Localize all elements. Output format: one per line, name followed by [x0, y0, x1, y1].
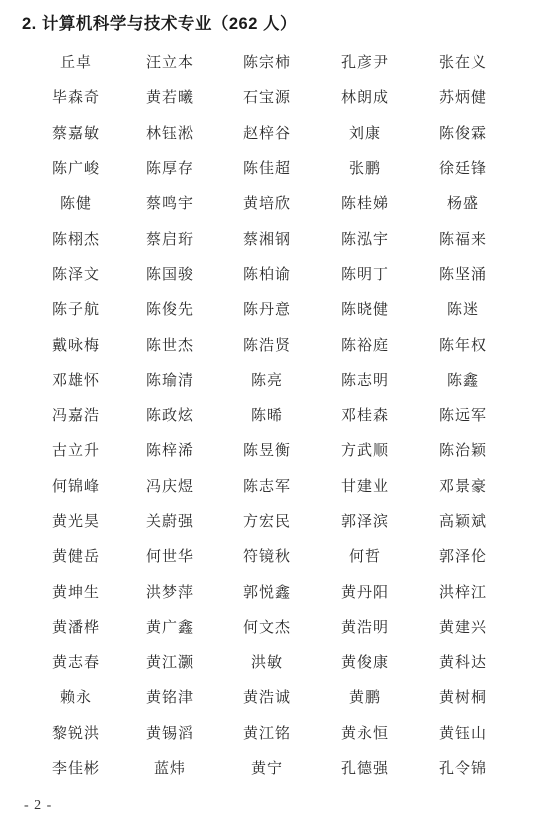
name-row: 毕森奇黄若曦石宝源林朗成苏炳健 [30, 79, 512, 114]
student-name: 何锦峰 [30, 475, 122, 496]
student-name: 黄锡滔 [122, 722, 218, 743]
student-name: 黄潘桦 [30, 616, 122, 637]
student-name: 邓雄怀 [30, 369, 122, 390]
student-name: 陈丹意 [218, 298, 316, 319]
student-name: 何世华 [122, 545, 218, 566]
student-name: 郭泽伦 [414, 545, 512, 566]
student-name: 黄俊康 [316, 651, 414, 672]
student-name: 黄江灏 [122, 651, 218, 672]
name-row: 何锦峰冯庆煜陈志军甘建业邓景豪 [30, 468, 512, 503]
student-name: 洪梓江 [414, 581, 512, 602]
student-name: 洪梦萍 [122, 581, 218, 602]
student-name: 黄江铭 [218, 722, 316, 743]
student-name: 陈政炫 [122, 404, 218, 425]
student-name: 黎锐洪 [30, 722, 122, 743]
student-name: 黄宁 [218, 757, 316, 778]
student-name: 蓝炜 [122, 757, 218, 778]
student-name: 陈梓浠 [122, 439, 218, 460]
student-name: 陈健 [30, 192, 122, 213]
student-name: 陈年权 [414, 334, 512, 355]
student-name: 戴咏梅 [30, 334, 122, 355]
student-name: 黄铭津 [122, 686, 218, 707]
name-row: 蔡嘉敏林钰淞赵梓谷刘康陈俊霖 [30, 115, 512, 150]
name-row: 李佳彬蓝炜黄宁孔德强孔令锦 [30, 750, 512, 785]
student-name: 邓桂森 [316, 404, 414, 425]
student-name: 蔡湘钢 [218, 228, 316, 249]
student-name: 蔡启珩 [122, 228, 218, 249]
student-name: 方武顺 [316, 439, 414, 460]
name-row: 黎锐洪黄锡滔黄江铭黄永恒黄钰山 [30, 715, 512, 750]
student-name: 蔡嘉敏 [30, 122, 122, 143]
student-name: 黄健岳 [30, 545, 122, 566]
student-name: 陈广峻 [30, 157, 122, 178]
student-name: 陈俊先 [122, 298, 218, 319]
student-name: 郭悦鑫 [218, 581, 316, 602]
student-name: 丘卓 [30, 51, 122, 72]
student-name: 邓景豪 [414, 475, 512, 496]
student-name: 陈浩贤 [218, 334, 316, 355]
student-name: 黄志春 [30, 651, 122, 672]
student-name: 陈远军 [414, 404, 512, 425]
student-name: 关蔚强 [122, 510, 218, 531]
student-name: 黄树桐 [414, 686, 512, 707]
student-name: 毕森奇 [30, 86, 122, 107]
student-name: 黄丹阳 [316, 581, 414, 602]
name-row: 古立升陈梓浠陈昱衡方武顺陈治颖 [30, 432, 512, 467]
student-name: 黄广鑫 [122, 616, 218, 637]
student-name: 陈福来 [414, 228, 512, 249]
name-row: 丘卓汪立本陈宗柿孔彦尹张在义 [30, 44, 512, 79]
student-name: 甘建业 [316, 475, 414, 496]
student-name: 李佳彬 [30, 757, 122, 778]
student-name: 陈厚存 [122, 157, 218, 178]
student-name: 陈国骏 [122, 263, 218, 284]
student-name: 徐廷锋 [414, 157, 512, 178]
student-name: 石宝源 [218, 86, 316, 107]
student-name: 陈佳超 [218, 157, 316, 178]
student-name: 冯嘉浩 [30, 404, 122, 425]
student-name: 杨盛 [414, 192, 512, 213]
name-row: 邓雄怀陈瑜清陈亮陈志明陈鑫 [30, 362, 512, 397]
page-number: - 2 - [24, 798, 52, 814]
student-name: 陈世杰 [122, 334, 218, 355]
student-name: 陈坚涌 [414, 263, 512, 284]
name-row: 冯嘉浩陈政炫陈晞邓桂森陈远军 [30, 397, 512, 432]
student-name: 何哲 [316, 545, 414, 566]
student-name: 陈晞 [218, 404, 316, 425]
student-name: 陈裕庭 [316, 334, 414, 355]
student-name: 黄建兴 [414, 616, 512, 637]
student-name: 陈晓健 [316, 298, 414, 319]
name-row: 赖永黄铭津黄浩诚黄鹏黄树桐 [30, 679, 512, 714]
student-name: 蔡鸣宇 [122, 192, 218, 213]
student-name-grid: 丘卓汪立本陈宗柿孔彦尹张在义毕森奇黄若曦石宝源林朗成苏炳健蔡嘉敏林钰淞赵梓谷刘康… [30, 44, 512, 785]
student-name: 黄培欣 [218, 192, 316, 213]
name-row: 陈泽文陈国骏陈柏谕陈明丁陈坚涌 [30, 256, 512, 291]
name-row: 戴咏梅陈世杰陈浩贤陈裕庭陈年权 [30, 326, 512, 361]
name-row: 黄健岳何世华符镜秋何哲郭泽伦 [30, 538, 512, 573]
student-name: 冯庆煜 [122, 475, 218, 496]
student-name: 郭泽滨 [316, 510, 414, 531]
student-name: 孔彦尹 [316, 51, 414, 72]
name-row: 黄坤生洪梦萍郭悦鑫黄丹阳洪梓江 [30, 573, 512, 608]
student-name: 张鹏 [316, 157, 414, 178]
student-name: 方宏民 [218, 510, 316, 531]
student-name: 孔德强 [316, 757, 414, 778]
student-name: 陈子航 [30, 298, 122, 319]
section-title: 2. 计算机科学与技术专业（262 人） [22, 10, 297, 34]
student-name: 陈俊霖 [414, 122, 512, 143]
student-name: 陈亮 [218, 369, 316, 390]
student-name: 陈瑜清 [122, 369, 218, 390]
student-name: 陈志军 [218, 475, 316, 496]
student-name: 汪立本 [122, 51, 218, 72]
student-name: 洪敏 [218, 651, 316, 672]
name-row: 黄志春黄江灏洪敏黄俊康黄科达 [30, 644, 512, 679]
name-row: 黄潘桦黄广鑫何文杰黄浩明黄建兴 [30, 609, 512, 644]
student-name: 陈泽文 [30, 263, 122, 284]
name-row: 陈健蔡鸣宇黄培欣陈桂娣杨盛 [30, 185, 512, 220]
student-name: 陈鑫 [414, 369, 512, 390]
name-row: 陈广峻陈厚存陈佳超张鹏徐廷锋 [30, 150, 512, 185]
student-name: 赵梓谷 [218, 122, 316, 143]
student-name: 黄光昊 [30, 510, 122, 531]
student-name: 陈桂娣 [316, 192, 414, 213]
student-name: 黄若曦 [122, 86, 218, 107]
student-name: 陈明丁 [316, 263, 414, 284]
student-name: 张在义 [414, 51, 512, 72]
name-row: 黄光昊关蔚强方宏民郭泽滨高颖斌 [30, 503, 512, 538]
student-name: 陈泓宇 [316, 228, 414, 249]
student-name: 陈栩杰 [30, 228, 122, 249]
student-name: 高颖斌 [414, 510, 512, 531]
student-name: 符镜秋 [218, 545, 316, 566]
student-name: 何文杰 [218, 616, 316, 637]
student-name: 陈宗柿 [218, 51, 316, 72]
student-name: 黄科达 [414, 651, 512, 672]
name-row: 陈栩杰蔡启珩蔡湘钢陈泓宇陈福来 [30, 220, 512, 255]
student-name: 古立升 [30, 439, 122, 460]
student-name: 陈志明 [316, 369, 414, 390]
student-name: 黄鹏 [316, 686, 414, 707]
student-name: 陈治颖 [414, 439, 512, 460]
student-name: 黄永恒 [316, 722, 414, 743]
document-page: 2. 计算机科学与技术专业（262 人） 丘卓汪立本陈宗柿孔彦尹张在义毕森奇黄若… [0, 0, 543, 838]
student-name: 陈迷 [414, 298, 512, 319]
student-name: 苏炳健 [414, 86, 512, 107]
name-row: 陈子航陈俊先陈丹意陈晓健陈迷 [30, 291, 512, 326]
student-name: 刘康 [316, 122, 414, 143]
student-name: 黄钰山 [414, 722, 512, 743]
student-name: 孔令锦 [414, 757, 512, 778]
student-name: 陈昱衡 [218, 439, 316, 460]
student-name: 陈柏谕 [218, 263, 316, 284]
student-name: 黄浩明 [316, 616, 414, 637]
student-name: 黄坤生 [30, 581, 122, 602]
student-name: 黄浩诚 [218, 686, 316, 707]
student-name: 林朗成 [316, 86, 414, 107]
student-name: 林钰淞 [122, 122, 218, 143]
student-name: 赖永 [30, 686, 122, 707]
